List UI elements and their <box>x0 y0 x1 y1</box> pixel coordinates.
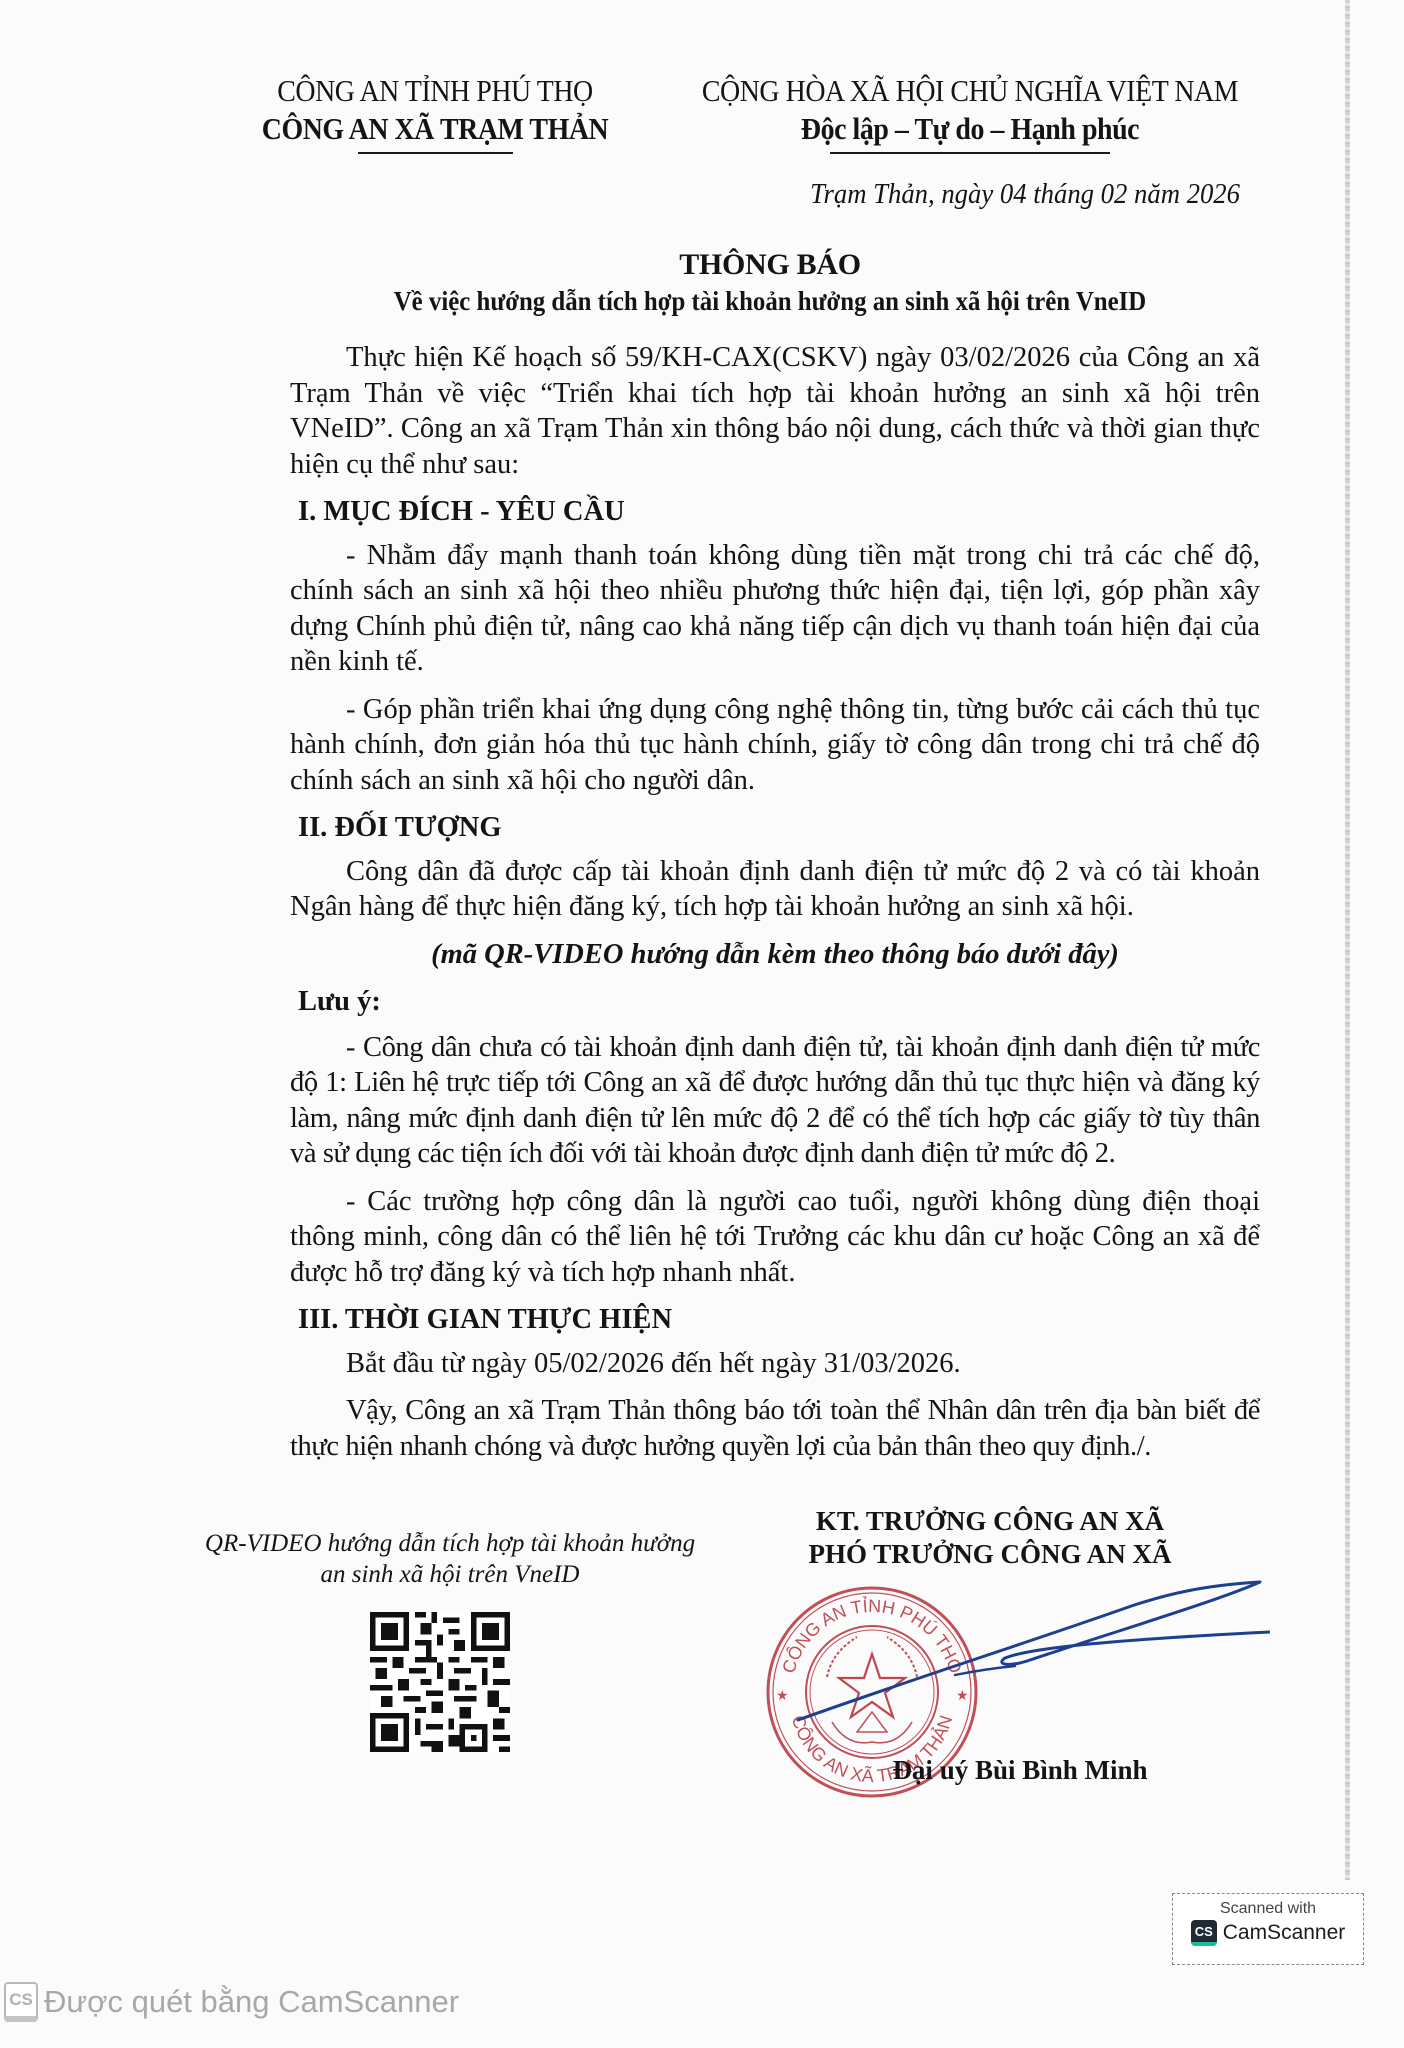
qr-caption: QR-VIDEO hướng dẫn tích hợp tài khoản hư… <box>170 1528 730 1590</box>
footer-text: Được quét bằng CamScanner <box>44 1984 459 2020</box>
document-subtitle: Về việc hướng dẫn tích hợp tài khoản hưở… <box>292 286 1249 317</box>
paragraph: - Nhằm đẩy mạnh thanh toán không dùng ti… <box>290 538 1260 680</box>
signatory-title-line: KT. TRƯỞNG CÔNG AN XÃ <box>740 1505 1240 1538</box>
section-heading: III. THỜI GIAN THỰC HIỆN <box>290 1302 1260 1338</box>
badge-brand: CS CamScanner <box>1173 1920 1363 1946</box>
note-label: Lưu ý: <box>290 984 1260 1020</box>
note-paragraph: - Công dân chưa có tài khoản định danh đ… <box>290 1030 1260 1172</box>
signatory-title-line: PHÓ TRƯỞNG CÔNG AN XÃ <box>740 1538 1240 1571</box>
badge-caption: Scanned with <box>1173 1900 1363 1918</box>
signature-scribble <box>790 1570 1270 1770</box>
paragraph: Công dân đã được cấp tài khoản định danh… <box>290 854 1260 925</box>
paragraph: - Góp phần triển khai ứng dụng công nghệ… <box>290 692 1260 799</box>
svg-text:★: ★ <box>776 1687 789 1703</box>
camscanner-badge: Scanned with CS CamScanner <box>1172 1893 1364 1965</box>
camscanner-logo-icon: CS <box>4 1982 38 2022</box>
scan-page-edge <box>1345 0 1350 1880</box>
badge-brand-name: CamScanner <box>1223 1921 1346 1945</box>
document-body: Thực hiện Kế hoạch số 59/KH-CAX(CSKV) ng… <box>290 340 1260 1476</box>
national-motto: CỘNG HÒA XÃ HỘI CHỦ NGHĨA VIỆT NAM Độc l… <box>660 72 1280 154</box>
camscanner-logo-icon: CS <box>1191 1920 1217 1946</box>
agency-parent: CÔNG AN TỈNH PHÚ THỌ <box>246 72 624 110</box>
signer-name: Đại uý Bùi Bình Minh <box>800 1755 1240 1786</box>
document-title: THÔNG BÁO <box>280 248 1260 282</box>
scan-footer: CS Được quét bằng CamScanner <box>4 1982 459 2022</box>
qr-caption-line: an sinh xã hội trên VneID <box>170 1559 730 1590</box>
agency-underline <box>358 152 513 154</box>
qr-code-icon[interactable] <box>370 1612 510 1752</box>
paragraph: Bắt đầu từ ngày 05/02/2026 đến hết ngày … <box>290 1346 1260 1382</box>
note-paragraph: - Các trường hợp công dân là người cao t… <box>290 1184 1260 1291</box>
motto: Độc lập – Tự do – Hạnh phúc <box>691 110 1249 148</box>
country-name: CỘNG HÒA XÃ HỘI CHỦ NGHĨA VIỆT NAM <box>691 72 1249 110</box>
signatory-title: KT. TRƯỞNG CÔNG AN XÃ PHÓ TRƯỞNG CÔNG AN… <box>740 1505 1240 1571</box>
closing-paragraph: Vậy, Công an xã Trạm Thản thông báo tới … <box>290 1393 1260 1464</box>
motto-underline <box>830 152 1110 154</box>
intro-paragraph: Thực hiện Kế hoạch số 59/KH-CAX(CSKV) ng… <box>290 340 1260 482</box>
agency-name: CÔNG AN XÃ TRẠM THẢN <box>246 110 624 148</box>
section-heading: II. ĐỐI TƯỢNG <box>290 810 1260 846</box>
issuing-agency: CÔNG AN TỈNH PHÚ THỌ CÔNG AN XÃ TRẠM THẢ… <box>225 72 645 154</box>
qr-caption-line: QR-VIDEO hướng dẫn tích hợp tài khoản hư… <box>170 1528 730 1559</box>
section-heading: I. MỤC ĐÍCH - YÊU CẦU <box>290 494 1260 530</box>
qr-note: (mã QR-VIDEO hướng dẫn kèm theo thông bá… <box>290 937 1260 973</box>
place-date: Trạm Thản, ngày 04 tháng 02 năm 2026 <box>743 178 1240 211</box>
